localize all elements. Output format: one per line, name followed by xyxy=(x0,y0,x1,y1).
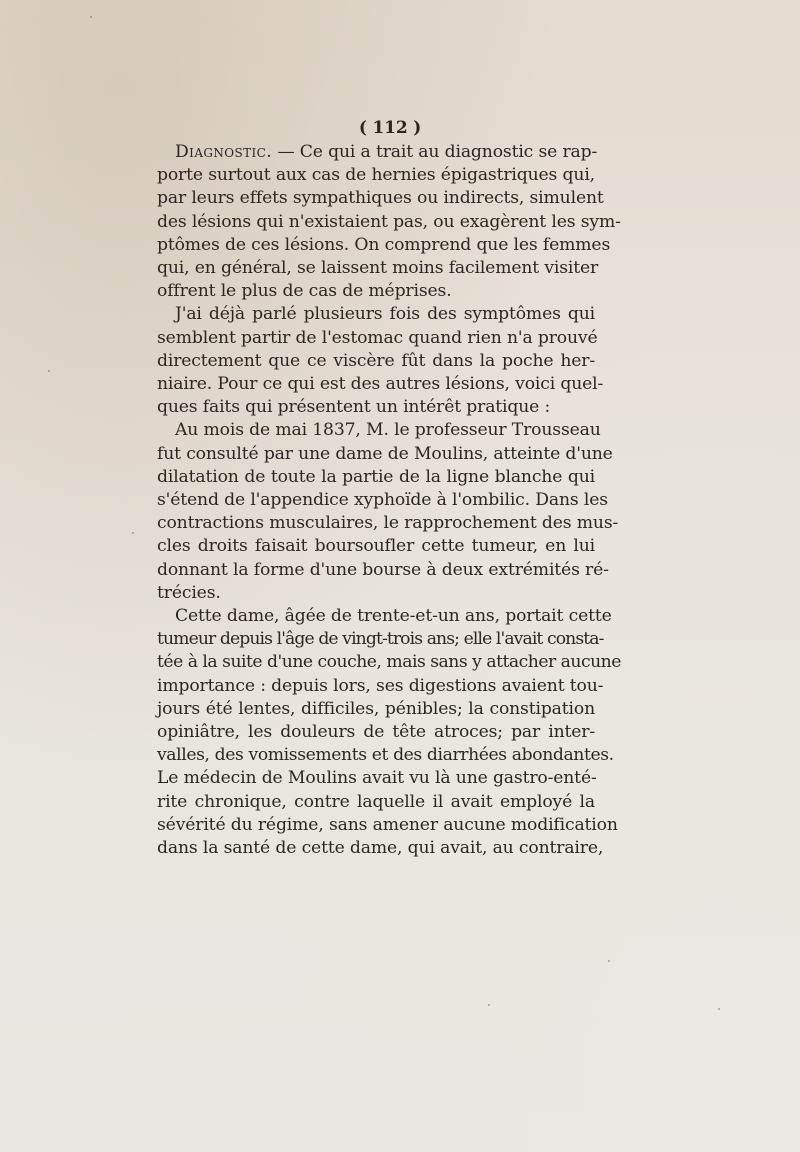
text-line: valles, des vomissements et des diarrhée… xyxy=(157,744,595,767)
text-line: sévérité du régime, sans amener aucune m… xyxy=(157,814,595,837)
text-line: cles droits faisait boursoufler cette tu… xyxy=(157,535,595,558)
text-line: s'étend de l'appendice xyphoïde à l'ombi… xyxy=(157,489,595,512)
section-lead: Diagnostic. xyxy=(175,142,272,162)
text-line: opiniâtre, les douleurs de tête atroces;… xyxy=(157,721,595,744)
paper-speck xyxy=(90,16,92,18)
text-line: ptômes de ces lésions. On comprend que l… xyxy=(157,234,595,257)
paper-speck xyxy=(48,370,50,372)
text-line: trécies. xyxy=(157,582,595,605)
text-line: dilatation de toute la partie de la lign… xyxy=(157,466,595,489)
text-line: par leurs effets sympathiques ou indirec… xyxy=(157,187,595,210)
paper-speck xyxy=(718,1008,720,1010)
text-line: tée à la suite d'une couche, mais sans y… xyxy=(157,651,595,674)
text-line: Diagnostic. — Ce qui a trait au diagnost… xyxy=(157,141,595,164)
paragraph-case-1837: Au mois de mai 1837, M. le professeur Tr… xyxy=(157,419,595,605)
page-text: ( 112 ) Diagnostic. — Ce qui a trait au … xyxy=(157,117,595,860)
text-line: donnant la forme d'une bourse à deux ext… xyxy=(157,559,595,582)
paragraph-diagnostic: Diagnostic. — Ce qui a trait au diagnost… xyxy=(157,141,595,303)
paragraph-patient-history: Cette dame, âgée de trente-et-un ans, po… xyxy=(157,605,595,860)
text-line: jours été lentes, difficiles, pénibles; … xyxy=(157,698,595,721)
paper-speck xyxy=(608,960,610,962)
paper-speck xyxy=(488,1004,490,1006)
text-line: directement que ce viscère fût dans la p… xyxy=(157,350,595,373)
text-line: semblent partir de l'estomac quand rien … xyxy=(157,327,595,350)
text-line: Cette dame, âgée de trente-et-un ans, po… xyxy=(157,605,595,628)
text-line: niaire. Pour ce qui est des autres lésio… xyxy=(157,373,595,396)
text-line: des lésions qui n'existaient pas, ou exa… xyxy=(157,211,595,234)
text-line: Le médecin de Moulins avait vu là une ga… xyxy=(157,767,595,790)
paragraph-symptoms: J'ai déjà parlé plusieurs fois des sympt… xyxy=(157,303,595,419)
text-line: dans la santé de cette dame, qui avait, … xyxy=(157,837,595,860)
text-line: ques faits qui présentent un intérêt pra… xyxy=(157,396,595,419)
text-line: rite chronique, contre laquelle il avait… xyxy=(157,791,595,814)
scanned-book-page: ( 112 ) Diagnostic. — Ce qui a trait au … xyxy=(0,0,800,1152)
text-line: importance : depuis lors, ses digestions… xyxy=(157,675,595,698)
text-line: offrent le plus de cas de méprises. xyxy=(157,280,595,303)
page-number: ( 112 ) xyxy=(157,117,595,141)
text-line: qui, en général, se laissent moins facil… xyxy=(157,257,595,280)
text-line: porte surtout aux cas de hernies épigast… xyxy=(157,164,595,187)
text-line: J'ai déjà parlé plusieurs fois des sympt… xyxy=(157,303,595,326)
paper-speck xyxy=(132,532,134,534)
text-line: fut consulté par une dame de Moulins, at… xyxy=(157,443,595,466)
text-line: contractions musculaires, le rapprocheme… xyxy=(157,512,595,535)
text-line: tumeur depuis l'âge de vingt-trois ans; … xyxy=(157,628,595,651)
text-line: Au mois de mai 1837, M. le professeur Tr… xyxy=(157,419,595,442)
